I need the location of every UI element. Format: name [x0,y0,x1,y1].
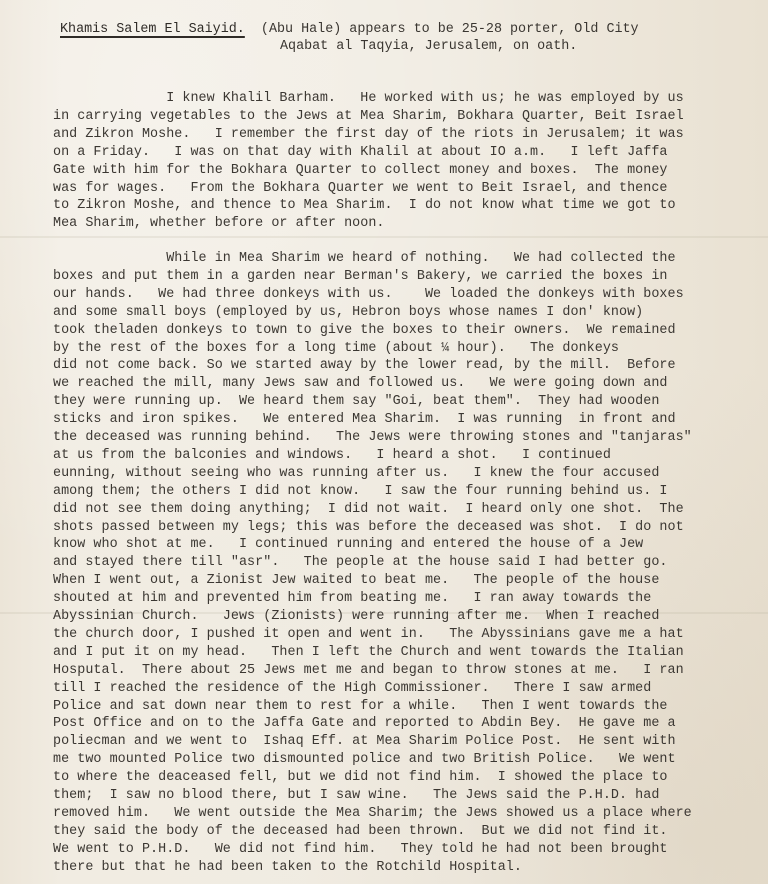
text-line: among them; the others I did not know. I… [53,483,668,501]
text-line: they said the body of the deceased had b… [53,823,668,841]
text-line: Police and sat down near them to rest fo… [53,698,668,716]
text-line: we reached the mill, many Jews saw and f… [53,375,668,393]
document-header: Khamis Salem El Saiyid. (Abu Hale) appea… [60,20,639,39]
text-line: shots passed between my legs; this was b… [53,519,684,537]
text-line: and I put it on my head. Then I left the… [53,644,684,662]
text-line: was for wages. From the Bokhara Quarter … [53,180,668,198]
text-line: Abyssinian Church. Jews (Zionists) were … [53,608,659,626]
text-line: Post Office and on to the Jaffa Gate and… [53,715,676,733]
text-line: and Zikron Moshe. I remember the first d… [53,126,684,144]
text-line: Mea Sharim, whether before or after noon… [53,215,385,233]
text-line: to where the deaceased fell, but we did … [53,769,668,787]
witness-description-line2: Aqabat al Taqyia, Jerusalem, on oath. [280,39,577,54]
witness-name: Khamis Salem El Saiyid. [60,20,245,39]
text-line: When I went out, a Zionist Jew waited to… [53,572,659,590]
text-line: the deceased was running behind. The Jew… [53,429,692,447]
text-line: did not see them doing anything; I did n… [53,501,684,519]
text-line: eunning, without seeing who was running … [53,465,659,483]
text-line: they were running up. We heard them say … [53,393,659,411]
typewritten-document-page: Khamis Salem El Saiyid. (Abu Hale) appea… [0,0,768,884]
text-line: Gate with him for the Bokhara Quarter to… [53,162,668,180]
text-line: We went to P.H.D. We did not find him. T… [53,841,668,859]
text-line: at us from the balconies and windows. I … [53,447,611,465]
text-line: Hosputal. There about 25 Jews met me and… [53,662,684,680]
text-line: did not come back. So we started away by… [53,357,676,375]
text-line: them; I saw no blood there, but I saw wi… [53,787,659,805]
text-line: to Zikron Moshe, and thence to Mea Shari… [53,197,676,215]
text-line: the church door, I pushed it open and we… [53,626,684,644]
text-line: sticks and iron spikes. We entered Mea S… [53,411,676,429]
text-line: and some small boys (employed by us, Heb… [53,304,643,322]
text-line: by the rest of the boxes for a long time… [53,340,619,358]
text-line: boxes and put them in a garden near Berm… [53,268,668,286]
text-line: me two mounted Police two dismounted pol… [53,751,676,769]
witness-description-line1: (Abu Hale) appears to be 25-28 porter, O… [261,22,639,37]
text-line: on a Friday. I was on that day with Khal… [53,144,668,162]
text-line: till I reached the residence of the High… [53,680,651,698]
text-line: removed him. We went outside the Mea Sha… [53,805,692,823]
text-line: poliecman and we went to Ishaq Eff. at M… [53,733,676,751]
text-line: took theladen donkeys to town to give th… [53,322,676,340]
text-line: While in Mea Sharim we heard of nothing.… [53,250,676,268]
text-line: shouted at him and prevented him from be… [53,590,651,608]
text-line: and stayed there till "asr". The people … [53,554,668,572]
paper-fold-line [0,236,768,238]
text-line: our hands. We had three donkeys with us.… [53,286,684,304]
text-line: know who shot at me. I continued running… [53,536,643,554]
text-line: I knew Khalil Barham. He worked with us;… [53,90,684,108]
text-line: there but that he had been taken to the … [53,859,522,877]
text-line: in carrying vegetables to the Jews at Me… [53,108,684,126]
